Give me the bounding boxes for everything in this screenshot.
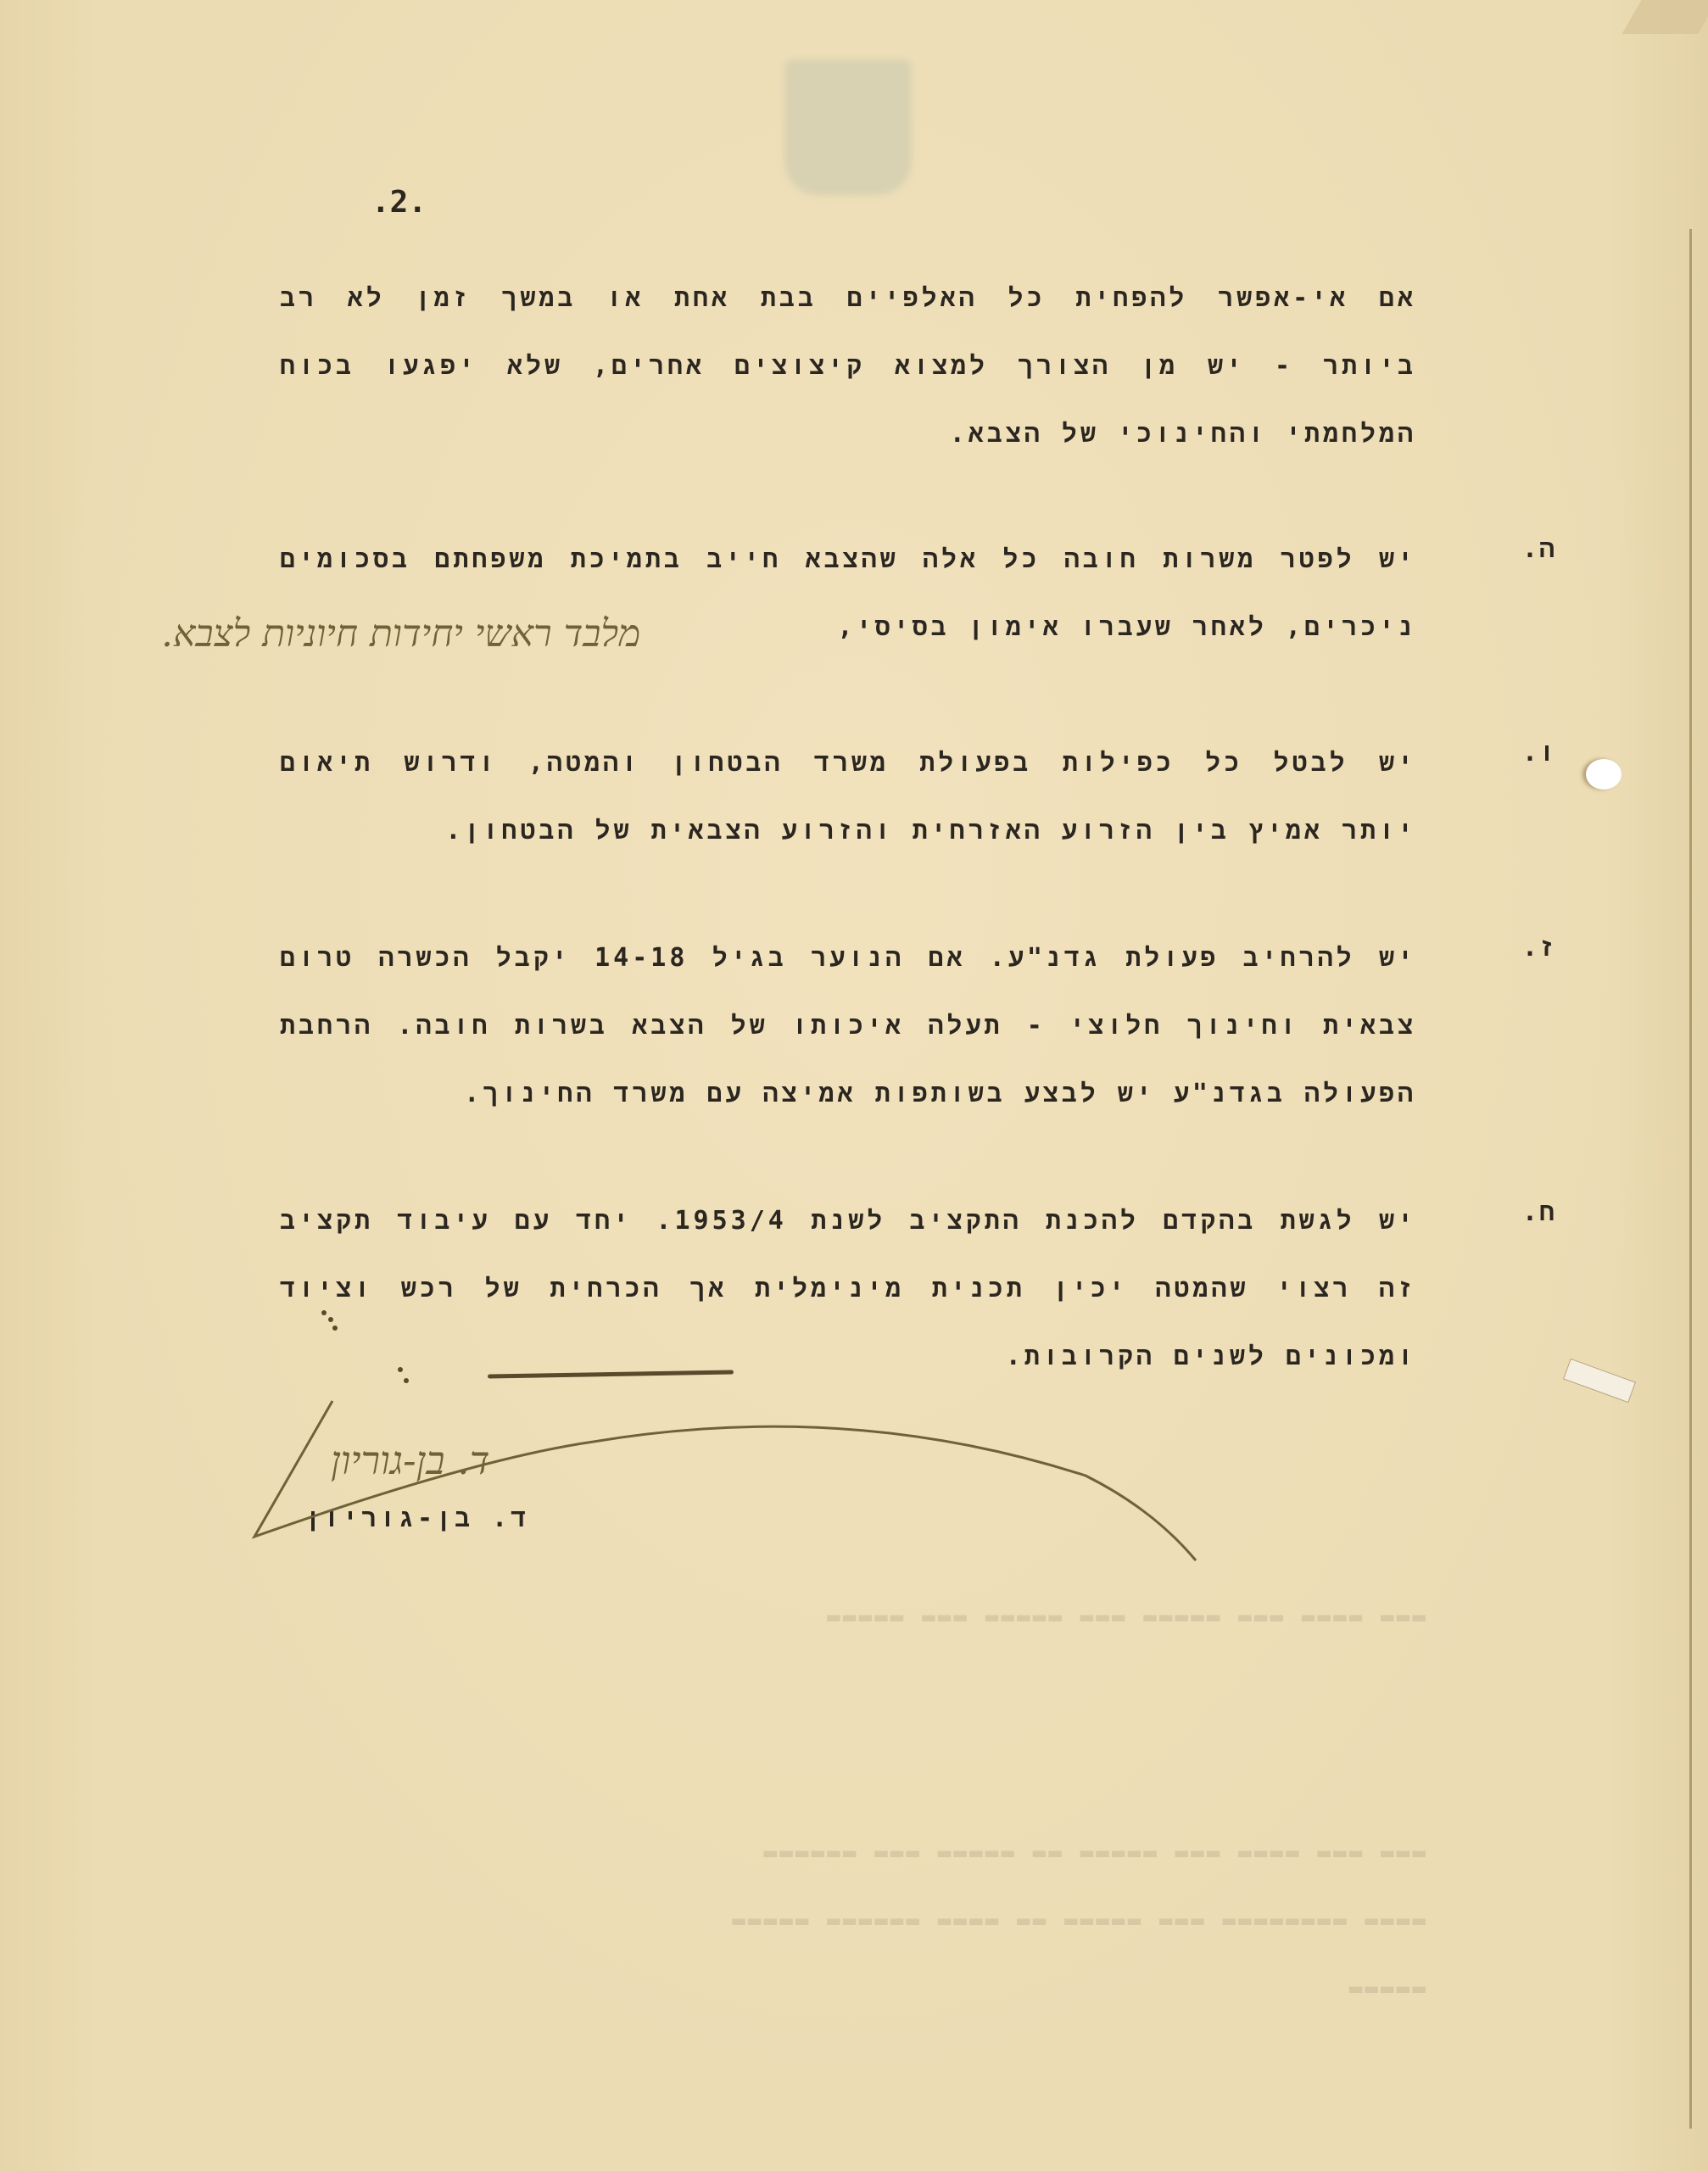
signature-flourish xyxy=(0,0,1708,2171)
document-page: ▬▬▬ ▬▬▬▬ ▬▬▬ ▬▬▬▬▬ ▬▬▬ ▬▬▬▬▬ ▬▬▬ ▬▬▬▬▬ ▬… xyxy=(0,0,1708,2171)
